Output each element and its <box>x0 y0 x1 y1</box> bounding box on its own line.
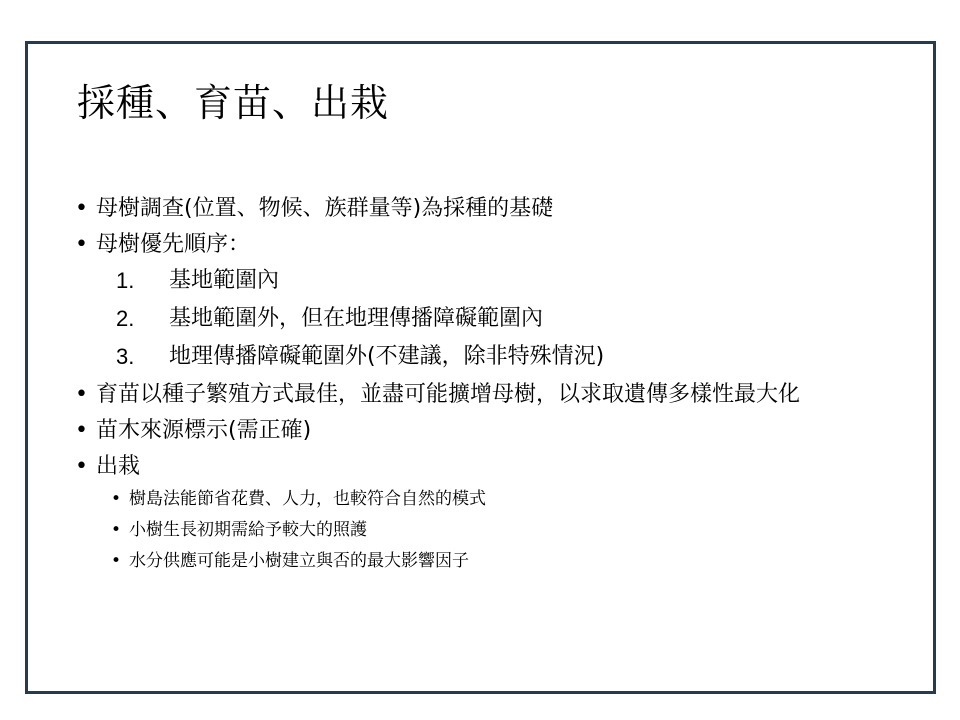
number-marker: 3. <box>116 343 134 370</box>
number-marker: 2. <box>116 305 134 332</box>
bullet-marker: • <box>75 417 88 444</box>
slide-title: 採種、育苗、出栽 <box>77 78 389 128</box>
sub-bullet-text: 水分供應可能是小樹建立與否的最大影響因子 <box>129 551 469 571</box>
number-marker: 1. <box>116 267 134 294</box>
numbered-item: 2. 基地範圍外，但在地理傳播障礙範圍內 <box>72 305 902 332</box>
sub-bullet-text: 小樹生長初期需給予較大的照護 <box>129 520 367 540</box>
bullet-marker: • <box>75 381 88 408</box>
bullet-item: • 母樹調查(位置、物候、族群量等)為採種的基礎 <box>72 195 902 222</box>
sub-bullet-text: 樹島法能節省花費、人力，也較符合自然的模式 <box>129 489 486 509</box>
sub-bullet-item: • 水分供應可能是小樹建立與否的最大影響因子 <box>72 551 902 572</box>
bullet-marker: • <box>75 195 88 222</box>
bullet-text: 母樹優先順序： <box>96 232 250 257</box>
bullet-marker: • <box>111 520 121 541</box>
sub-bullet-item: • 小樹生長初期需給予較大的照護 <box>72 520 902 541</box>
numbered-item: 1. 基地範圍內 <box>72 267 902 294</box>
bullet-marker: • <box>111 489 121 510</box>
bullet-item: • 育苗以種子繁殖方式最佳，並盡可能擴增母樹，以求取遺傳多樣性最大化 <box>72 381 896 408</box>
bullet-marker: • <box>75 453 88 480</box>
numbered-text: 基地範圍內 <box>169 268 279 293</box>
bullet-text: 母樹調查(位置、物候、族群量等)為採種的基礎 <box>96 196 553 221</box>
numbered-text: 基地範圍外，但在地理傳播障礙範圍內 <box>169 306 543 331</box>
bullet-text: 育苗以種子繁殖方式最佳，並盡可能擴增母樹，以求取遺傳多樣性最大化 <box>96 382 800 407</box>
bullet-text: 苗木來源標示(需正確) <box>96 418 311 443</box>
bullet-marker: • <box>75 231 88 258</box>
numbered-item: 3. 地理傳播障礙範圍外(不建議，除非特殊情況) <box>72 343 902 370</box>
bullet-item: • 母樹優先順序： <box>72 231 902 258</box>
bullet-marker: • <box>111 551 121 572</box>
numbered-text: 地理傳播障礙範圍外(不建議，除非特殊情況) <box>169 344 604 369</box>
bullet-text: 出栽 <box>96 454 140 479</box>
slide-body: • 母樹調查(位置、物候、族群量等)為採種的基礎 • 母樹優先順序： 1. 基地… <box>72 195 902 582</box>
bullet-item: • 苗木來源標示(需正確) <box>72 417 902 444</box>
sub-bullet-item: • 樹島法能節省花費、人力，也較符合自然的模式 <box>72 489 902 510</box>
bullet-item: • 出栽 <box>72 453 902 480</box>
